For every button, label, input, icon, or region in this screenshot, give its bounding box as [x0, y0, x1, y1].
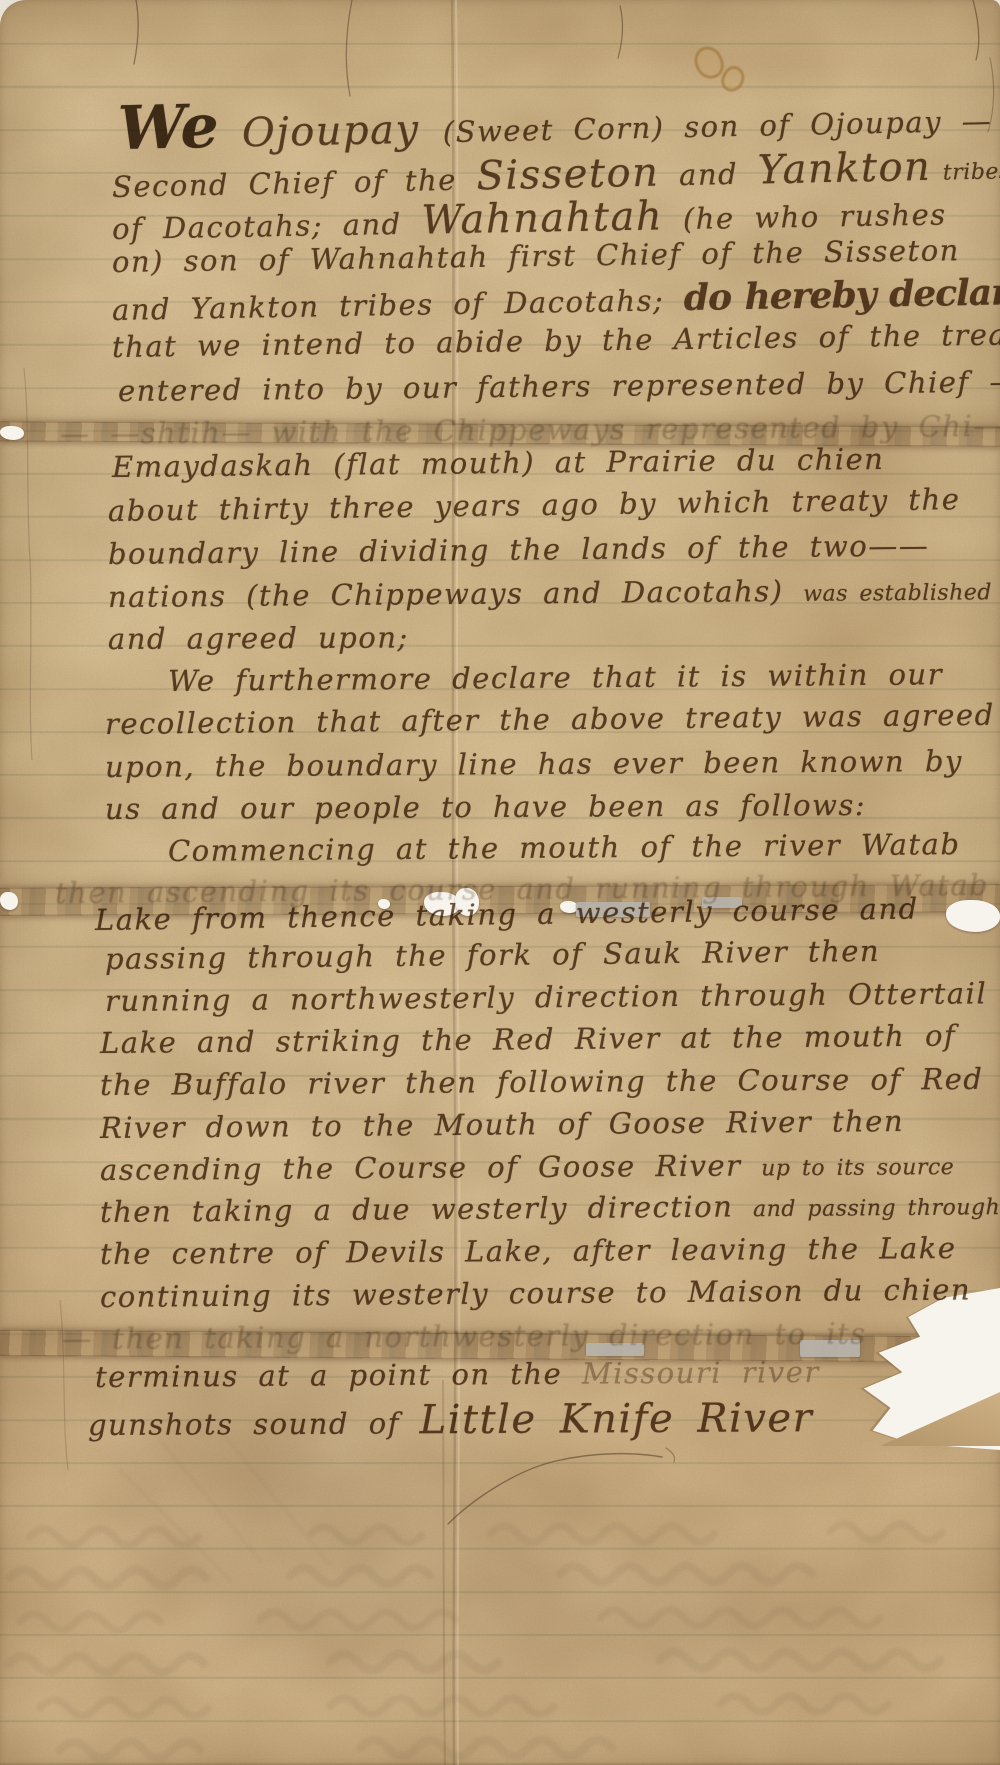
text-segment: Sisseton	[476, 150, 660, 200]
manuscript-text-line: River down to the Mouth of Goose River t…	[100, 1106, 904, 1145]
text-segment: passing through the fork of Sauk River t…	[105, 934, 880, 976]
text-segment: tribes	[931, 159, 1000, 186]
manuscript-text-line: running a northwesterly direction throug…	[105, 978, 987, 1018]
text-segment: Yankton	[757, 144, 932, 194]
manuscript-text-line: upon, the boundary line has ever been kn…	[105, 746, 963, 784]
manuscript-text-line: nations (the Chippeways and Dacotahs) wa…	[108, 574, 992, 614]
text-segment: us and our people to have been as follow…	[105, 788, 866, 826]
manuscript-text-line: passing through the fork of Sauk River t…	[105, 936, 880, 976]
text-segment: about thirty three years ago by which tr…	[108, 482, 961, 528]
text-segment: entered into by our fathers represented …	[118, 365, 1000, 408]
text-segment: Commencing at the mouth of the river Wat…	[168, 827, 961, 868]
manuscript-text-line: recollection that after the above treaty…	[105, 700, 995, 741]
manuscript-text-line: — then taking a northwesterly direction …	[62, 1318, 867, 1356]
text-segment: running a northwesterly direction throug…	[105, 976, 987, 1018]
text-segment: upon, the boundary line has ever been kn…	[105, 744, 963, 784]
manuscript-text-line: Lake and striking the Red River at the m…	[100, 1021, 956, 1060]
text-segment: Little Knife River	[419, 1395, 813, 1443]
text-segment: up to its source	[761, 1155, 954, 1181]
manuscript-text-line: then taking a due westerly direction and…	[100, 1189, 1000, 1229]
text-segment: the Buffalo river then following the Cou…	[100, 1062, 984, 1102]
manuscript-text-line: boundary line dividing the lands of the …	[108, 530, 930, 570]
text-segment: was established	[803, 580, 992, 607]
manuscript-text-line: ascending the Course of Goose River up t…	[100, 1149, 954, 1187]
text-segment: River down to the Mouth of Goose River t…	[100, 1104, 904, 1145]
text-segment: (he who rushes	[663, 197, 947, 236]
text-layer: We Ojoupay (Sweet Corn) son of Ojoupay —…	[0, 0, 1000, 1765]
text-segment: and passing through	[753, 1195, 1000, 1222]
text-segment: and agreed upon;	[108, 620, 409, 656]
text-segment: Emaydaskah (flat mouth) at Prairie du ch…	[112, 442, 885, 484]
text-segment: then taking a due westerly direction	[100, 1189, 753, 1229]
manuscript-text-line: Commencing at the mouth of the river Wat…	[168, 829, 961, 868]
text-segment: gunshots sound of	[88, 1406, 420, 1442]
manuscript-text-line: gunshots sound of Little Knife River	[88, 1396, 813, 1444]
manuscript-page: We Ojoupay (Sweet Corn) son of Ojoupay —…	[0, 0, 1000, 1765]
manuscript-text-line: Emaydaskah (flat mouth) at Prairie du ch…	[112, 444, 885, 484]
text-segment: — then taking a northwesterly direction …	[62, 1316, 867, 1356]
text-segment: terminus at a point on the	[95, 1357, 582, 1394]
text-segment: nations (the Chippeways and Dacotahs)	[108, 574, 803, 614]
text-segment: of Dacotahs; and	[112, 207, 422, 246]
text-segment: boundary line dividing the lands of the …	[108, 528, 930, 571]
manuscript-text-line: and agreed upon;	[108, 622, 409, 655]
manuscript-text-line: We furthermore declare that it is within…	[168, 659, 943, 698]
text-segment: continuing its westerly course to Maison…	[100, 1272, 971, 1314]
manuscript-text-line: the Buffalo river then following the Cou…	[100, 1064, 984, 1102]
text-segment: and Yankton tribes of Dacotahs;	[112, 283, 684, 327]
text-segment: Missouri river	[582, 1355, 820, 1391]
manuscript-text-line: continuing its westerly course to Maison…	[100, 1274, 971, 1313]
manuscript-text-line: us and our people to have been as follow…	[105, 790, 866, 826]
text-segment: Wahnahtah	[421, 193, 664, 243]
text-segment: We	[117, 92, 219, 164]
text-segment: and	[659, 156, 758, 192]
text-segment: the centre of Devils Lake, after leaving…	[100, 1231, 957, 1271]
text-segment: ascending the Course of Goose River	[100, 1148, 761, 1187]
text-segment: recollection that after the above treaty…	[105, 698, 995, 741]
text-segment: We furthermore declare that it is within…	[168, 657, 943, 698]
manuscript-text-line: about thirty three years ago by which tr…	[108, 484, 961, 528]
manuscript-text-line: terminus at a point on the Missouri rive…	[95, 1357, 820, 1394]
manuscript-text-line: entered into by our fathers represented …	[118, 367, 1000, 408]
text-segment: do hereby declare	[683, 271, 1000, 319]
text-segment: (Sweet Corn) son of Ojoupay — —	[442, 103, 1000, 150]
manuscript-text-line: the centre of Devils Lake, after leaving…	[100, 1233, 957, 1271]
text-segment: Lake and striking the Red River at the m…	[100, 1019, 956, 1060]
text-segment: Ojoupay	[218, 106, 443, 157]
